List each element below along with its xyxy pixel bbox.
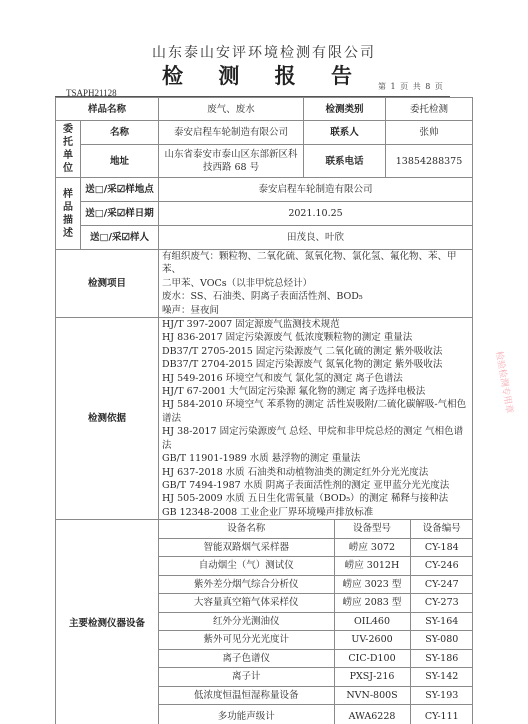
equipment-name: 智能双路烟气采样器 <box>159 538 334 557</box>
equipment-id: CY-246 <box>410 557 473 576</box>
equipment-id: SY-142 <box>410 668 473 687</box>
equipment-name: 离子计 <box>159 668 334 687</box>
equipment-model: UV-2600 <box>334 631 410 650</box>
equipment-model: 崂应 3072 <box>334 538 410 557</box>
contact-label: 联系人 <box>304 121 386 145</box>
equipment-row-item: 智能双路烟气采样器崂应 3072CY-184 <box>159 538 473 557</box>
equipment-name: 大容量真空箱气体采样仪 <box>159 594 334 613</box>
basis-line: GB/T 11901-1989 水质 悬浮物的测定 重量法 <box>162 452 470 465</box>
items-value: 有组织废气：颗粒物、二氧化硫、氮氧化物、氯化氢、氟化物、苯、甲苯、 二甲苯、VO… <box>159 250 473 318</box>
equipment-model: CIC-D100 <box>334 649 410 668</box>
equipment-header-model: 设备型号 <box>334 520 410 538</box>
sample-location-row: 样品描述 送□/采☑样地点 泰安启程车轮制造有限公司 <box>56 178 473 202</box>
sample-name-value: 废气、废水 <box>159 98 304 121</box>
equipment-id: SY-186 <box>410 649 473 668</box>
basis-row: 检测依据 HJ/T 397-2007 固定源废气监测技术规范 HJ 836-20… <box>56 318 473 520</box>
items-line: 废水：SS、石油类、阴离子表面活性剂、BOD₅ <box>162 290 470 303</box>
equipment-name: 低浓度恒温恒湿称量设备 <box>159 686 334 705</box>
equipment-model: AWA6228 <box>334 705 410 724</box>
company-name: 山东泰山安评环境检测有限公司 <box>0 42 528 62</box>
equipment-name: 紫外可见分光光度计 <box>159 631 334 650</box>
phone-value: 13854288375 <box>386 145 473 178</box>
basis-label: 检测依据 <box>56 318 159 520</box>
basis-line: HJ 836-2017 固定污染源废气 低浓度颗粒物的测定 重量法 <box>162 331 470 344</box>
equipment-body: 设备名称 设备型号 设备编号 智能双路烟气采样器崂应 3072CY-184 自动… <box>159 520 473 724</box>
date-label: 送□/采☑样日期 <box>81 202 159 226</box>
person-label: 送□/采☑样人 <box>81 226 159 250</box>
basis-line: GB 12348-2008 工业企业厂界环境噪声排放标准 <box>162 506 470 519</box>
items-label: 检测项目 <box>56 250 159 318</box>
sample-date-row: 送□/采☑样日期 2021.10.25 <box>56 202 473 226</box>
equipment-row-item: 大容量真空箱气体采样仪崂应 2083 型CY-273 <box>159 594 473 613</box>
basis-line: HJ 38-2017 固定污染源废气 总烃、甲烷和非甲烷总烃的测定 气相色谱法 <box>162 425 470 452</box>
equipment-row-item: 低浓度恒温恒湿称量设备NVN-800SSY-193 <box>159 686 473 705</box>
equipment-row-item: 紫外可见分光光度计UV-2600SY-080 <box>159 631 473 650</box>
equipment-row-item: 多功能声级计AWA6228CY-111 <box>159 705 473 724</box>
sample-person-row: 送□/采☑样人 田茂良、叶欣 <box>56 226 473 250</box>
location-value: 泰安启程车轮制造有限公司 <box>159 178 473 202</box>
equipment-model: 崂应 2083 型 <box>334 594 410 613</box>
equipment-id: SY-193 <box>410 686 473 705</box>
report-title: 检 测 报 告 <box>0 60 528 90</box>
basis-line: HJ 549-2016 环境空气和废气 氯化氢的测定 离子色谱法 <box>162 372 470 385</box>
person-value: 田茂良、叶欣 <box>159 226 473 250</box>
equipment-id: SY-164 <box>410 612 473 631</box>
equipment-row: 主要检测仪器设备 设备名称 设备型号 设备编号 智能双路烟气采样器崂应 3072… <box>56 520 473 724</box>
sample-name-label: 样品名称 <box>56 98 159 121</box>
equipment-name: 紫外差分烟气综合分析仪 <box>159 575 334 594</box>
category-label: 检测类别 <box>304 98 386 121</box>
equipment-id: SY-080 <box>410 631 473 650</box>
equipment-row-item: 离子色谱仪CIC-D100SY-186 <box>159 649 473 668</box>
seal-stamp: 检验检测专用章 <box>493 350 517 414</box>
equipment-header-id: 设备编号 <box>410 520 473 538</box>
client-group-label: 委托单位 <box>56 121 81 178</box>
items-row: 检测项目 有组织废气：颗粒物、二氧化硫、氮氧化物、氯化氢、氟化物、苯、甲苯、 二… <box>56 250 473 318</box>
basis-line: GB/T 7494-1987 水质 阴离子表面活性剂的测定 亚甲蓝分光光度法 <box>162 479 470 492</box>
equipment-row-item: 红外分光测油仪OIL460SY-164 <box>159 612 473 631</box>
equipment-cell: 设备名称 设备型号 设备编号 智能双路烟气采样器崂应 3072CY-184 自动… <box>159 520 473 724</box>
address-label: 地址 <box>81 145 159 178</box>
items-line: 噪声：昼夜间 <box>162 304 470 317</box>
sample-row: 样品名称 废气、废水 检测类别 委托检测 <box>56 98 473 121</box>
basis-line: DB37/T 2704-2015 固定污染源废气 氮氧化物的测定 紫外吸收法 <box>162 358 470 371</box>
page-info: 第 1 页 共 8 页 <box>378 81 444 92</box>
basis-line: HJ/T 67-2001 大气固定污染源 氟化物的测定 离子选择电极法 <box>162 385 470 398</box>
client-name-label: 名称 <box>81 121 159 145</box>
equipment-name: 红外分光测油仪 <box>159 612 334 631</box>
equipment-model: OIL460 <box>334 612 410 631</box>
category-value: 委托检测 <box>386 98 473 121</box>
equipment-label: 主要检测仪器设备 <box>56 520 159 724</box>
report-table: 样品名称 废气、废水 检测类别 委托检测 委托单位 名称 泰安启程车轮制造有限公… <box>55 97 473 724</box>
equipment-model: NVN-800S <box>334 686 410 705</box>
equipment-model: 崂应 3012H <box>334 557 410 576</box>
sample-desc-group-label: 样品描述 <box>56 178 81 250</box>
items-line: 二甲苯、VOCs（以非甲烷总烃计） <box>162 277 470 290</box>
client-group-text: 委托单位 <box>63 124 73 174</box>
items-line: 有组织废气：颗粒物、二氧化硫、氮氧化物、氯化氢、氟化物、苯、甲苯、 <box>162 250 470 277</box>
basis-line: DB37/T 2705-2015 固定污染源废气 二氧化硫的测定 紫外吸收法 <box>162 345 470 358</box>
basis-line: HJ 505-2009 水质 五日生化需氧量（BOD₅）的测定 稀释与接种法 <box>162 492 470 505</box>
client-name-value: 泰安启程车轮制造有限公司 <box>159 121 304 145</box>
location-label: 送□/采☑样地点 <box>81 178 159 202</box>
equipment-name: 自动烟尘（气）测试仪 <box>159 557 334 576</box>
basis-line: HJ 584-2010 环境空气 苯系物的测定 活性炭吸附/二硫化碳解吸-气相色… <box>162 398 470 425</box>
equipment-name: 多功能声级计 <box>159 705 334 724</box>
equipment-header-row: 设备名称 设备型号 设备编号 <box>159 520 473 538</box>
phone-label: 联系电话 <box>304 145 386 178</box>
equipment-table: 设备名称 设备型号 设备编号 智能双路烟气采样器崂应 3072CY-184 自动… <box>159 520 473 724</box>
sample-desc-group-text: 样品描述 <box>63 189 73 239</box>
client-address-row: 地址 山东省泰安市泰山区东部新区科技西路 68 号 联系电话 138542883… <box>56 145 473 178</box>
equipment-model: PXSJ-216 <box>334 668 410 687</box>
client-name-row: 委托单位 名称 泰安启程车轮制造有限公司 联系人 张帅 <box>56 121 473 145</box>
equipment-row-item: 自动烟尘（气）测试仪崂应 3012HCY-246 <box>159 557 473 576</box>
contact-value: 张帅 <box>386 121 473 145</box>
basis-line: HJ/T 397-2007 固定源废气监测技术规范 <box>162 318 470 331</box>
equipment-id: CY-184 <box>410 538 473 557</box>
date-value: 2021.10.25 <box>159 202 473 226</box>
equipment-id: CY-111 <box>410 705 473 724</box>
equipment-model: 崂应 3023 型 <box>334 575 410 594</box>
equipment-row-item: 紫外差分烟气综合分析仪崂应 3023 型CY-247 <box>159 575 473 594</box>
equipment-name: 离子色谱仪 <box>159 649 334 668</box>
equipment-row-item: 离子计PXSJ-216SY-142 <box>159 668 473 687</box>
equipment-header-name: 设备名称 <box>159 520 334 538</box>
equipment-id: CY-247 <box>410 575 473 594</box>
basis-value: HJ/T 397-2007 固定源废气监测技术规范 HJ 836-2017 固定… <box>159 318 473 520</box>
address-value: 山东省泰安市泰山区东部新区科技西路 68 号 <box>159 145 304 178</box>
equipment-id: CY-273 <box>410 594 473 613</box>
basis-line: HJ 637-2018 水质 石油类和动植物油类的测定红外分光光度法 <box>162 466 470 479</box>
